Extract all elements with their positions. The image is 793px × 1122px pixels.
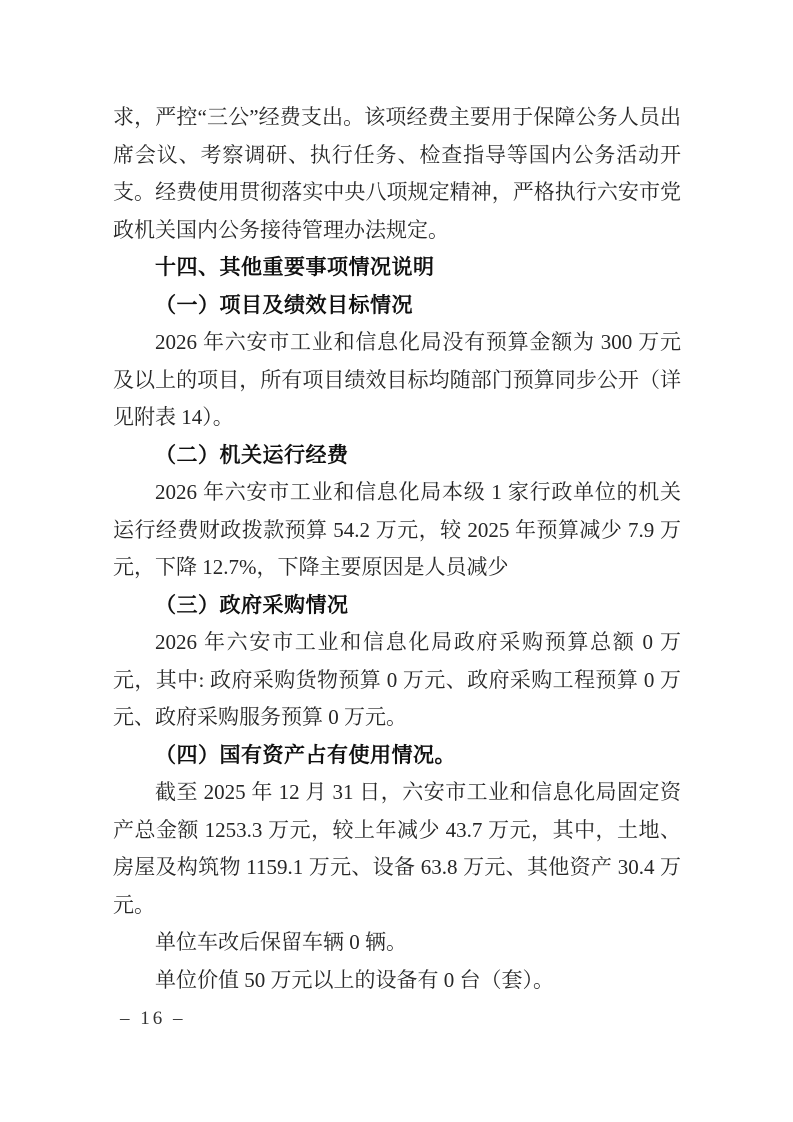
subsection-heading-4: （四）国有资产占有使用情况。 bbox=[113, 737, 681, 775]
subsection-heading-1: （一）项目及绩效目标情况 bbox=[113, 287, 681, 325]
document-body: 求，严控“三公”经费支出。该项经费主要用于保障公务人员出席会议、考察调研、执行任… bbox=[113, 99, 681, 999]
paragraph-operating-expense: 2026 年六安市工业和信息化局本级 1 家行政单位的机关运行经费财政拨款预算 … bbox=[113, 474, 681, 587]
page-number: – 16 – bbox=[120, 1008, 186, 1030]
paragraph-state-assets: 截至 2025 年 12 月 31 日，六安市工业和信息化局固定资产总金额 12… bbox=[113, 774, 681, 924]
paragraph-procurement: 2026 年六安市工业和信息化局政府采购预算总额 0 万元，其中: 政府采购货物… bbox=[113, 624, 681, 737]
document-page: 求，严控“三公”经费支出。该项经费主要用于保障公务人员出席会议、考察调研、执行任… bbox=[0, 0, 793, 1122]
paragraph-project-performance: 2026 年六安市工业和信息化局没有预算金额为 300 万元及以上的项目，所有项… bbox=[113, 324, 681, 437]
section-heading-14: 十四、其他重要事项情况说明 bbox=[113, 249, 681, 287]
paragraph-expense-control: 求，严控“三公”经费支出。该项经费主要用于保障公务人员出席会议、考察调研、执行任… bbox=[113, 99, 681, 249]
subsection-heading-2: （二）机关运行经费 bbox=[113, 437, 681, 475]
subsection-heading-3: （三）政府采购情况 bbox=[113, 587, 681, 625]
paragraph-equipment: 单位价值 50 万元以上的设备有 0 台（套）。 bbox=[113, 962, 681, 1000]
paragraph-vehicles: 单位车改后保留车辆 0 辆。 bbox=[113, 924, 681, 962]
